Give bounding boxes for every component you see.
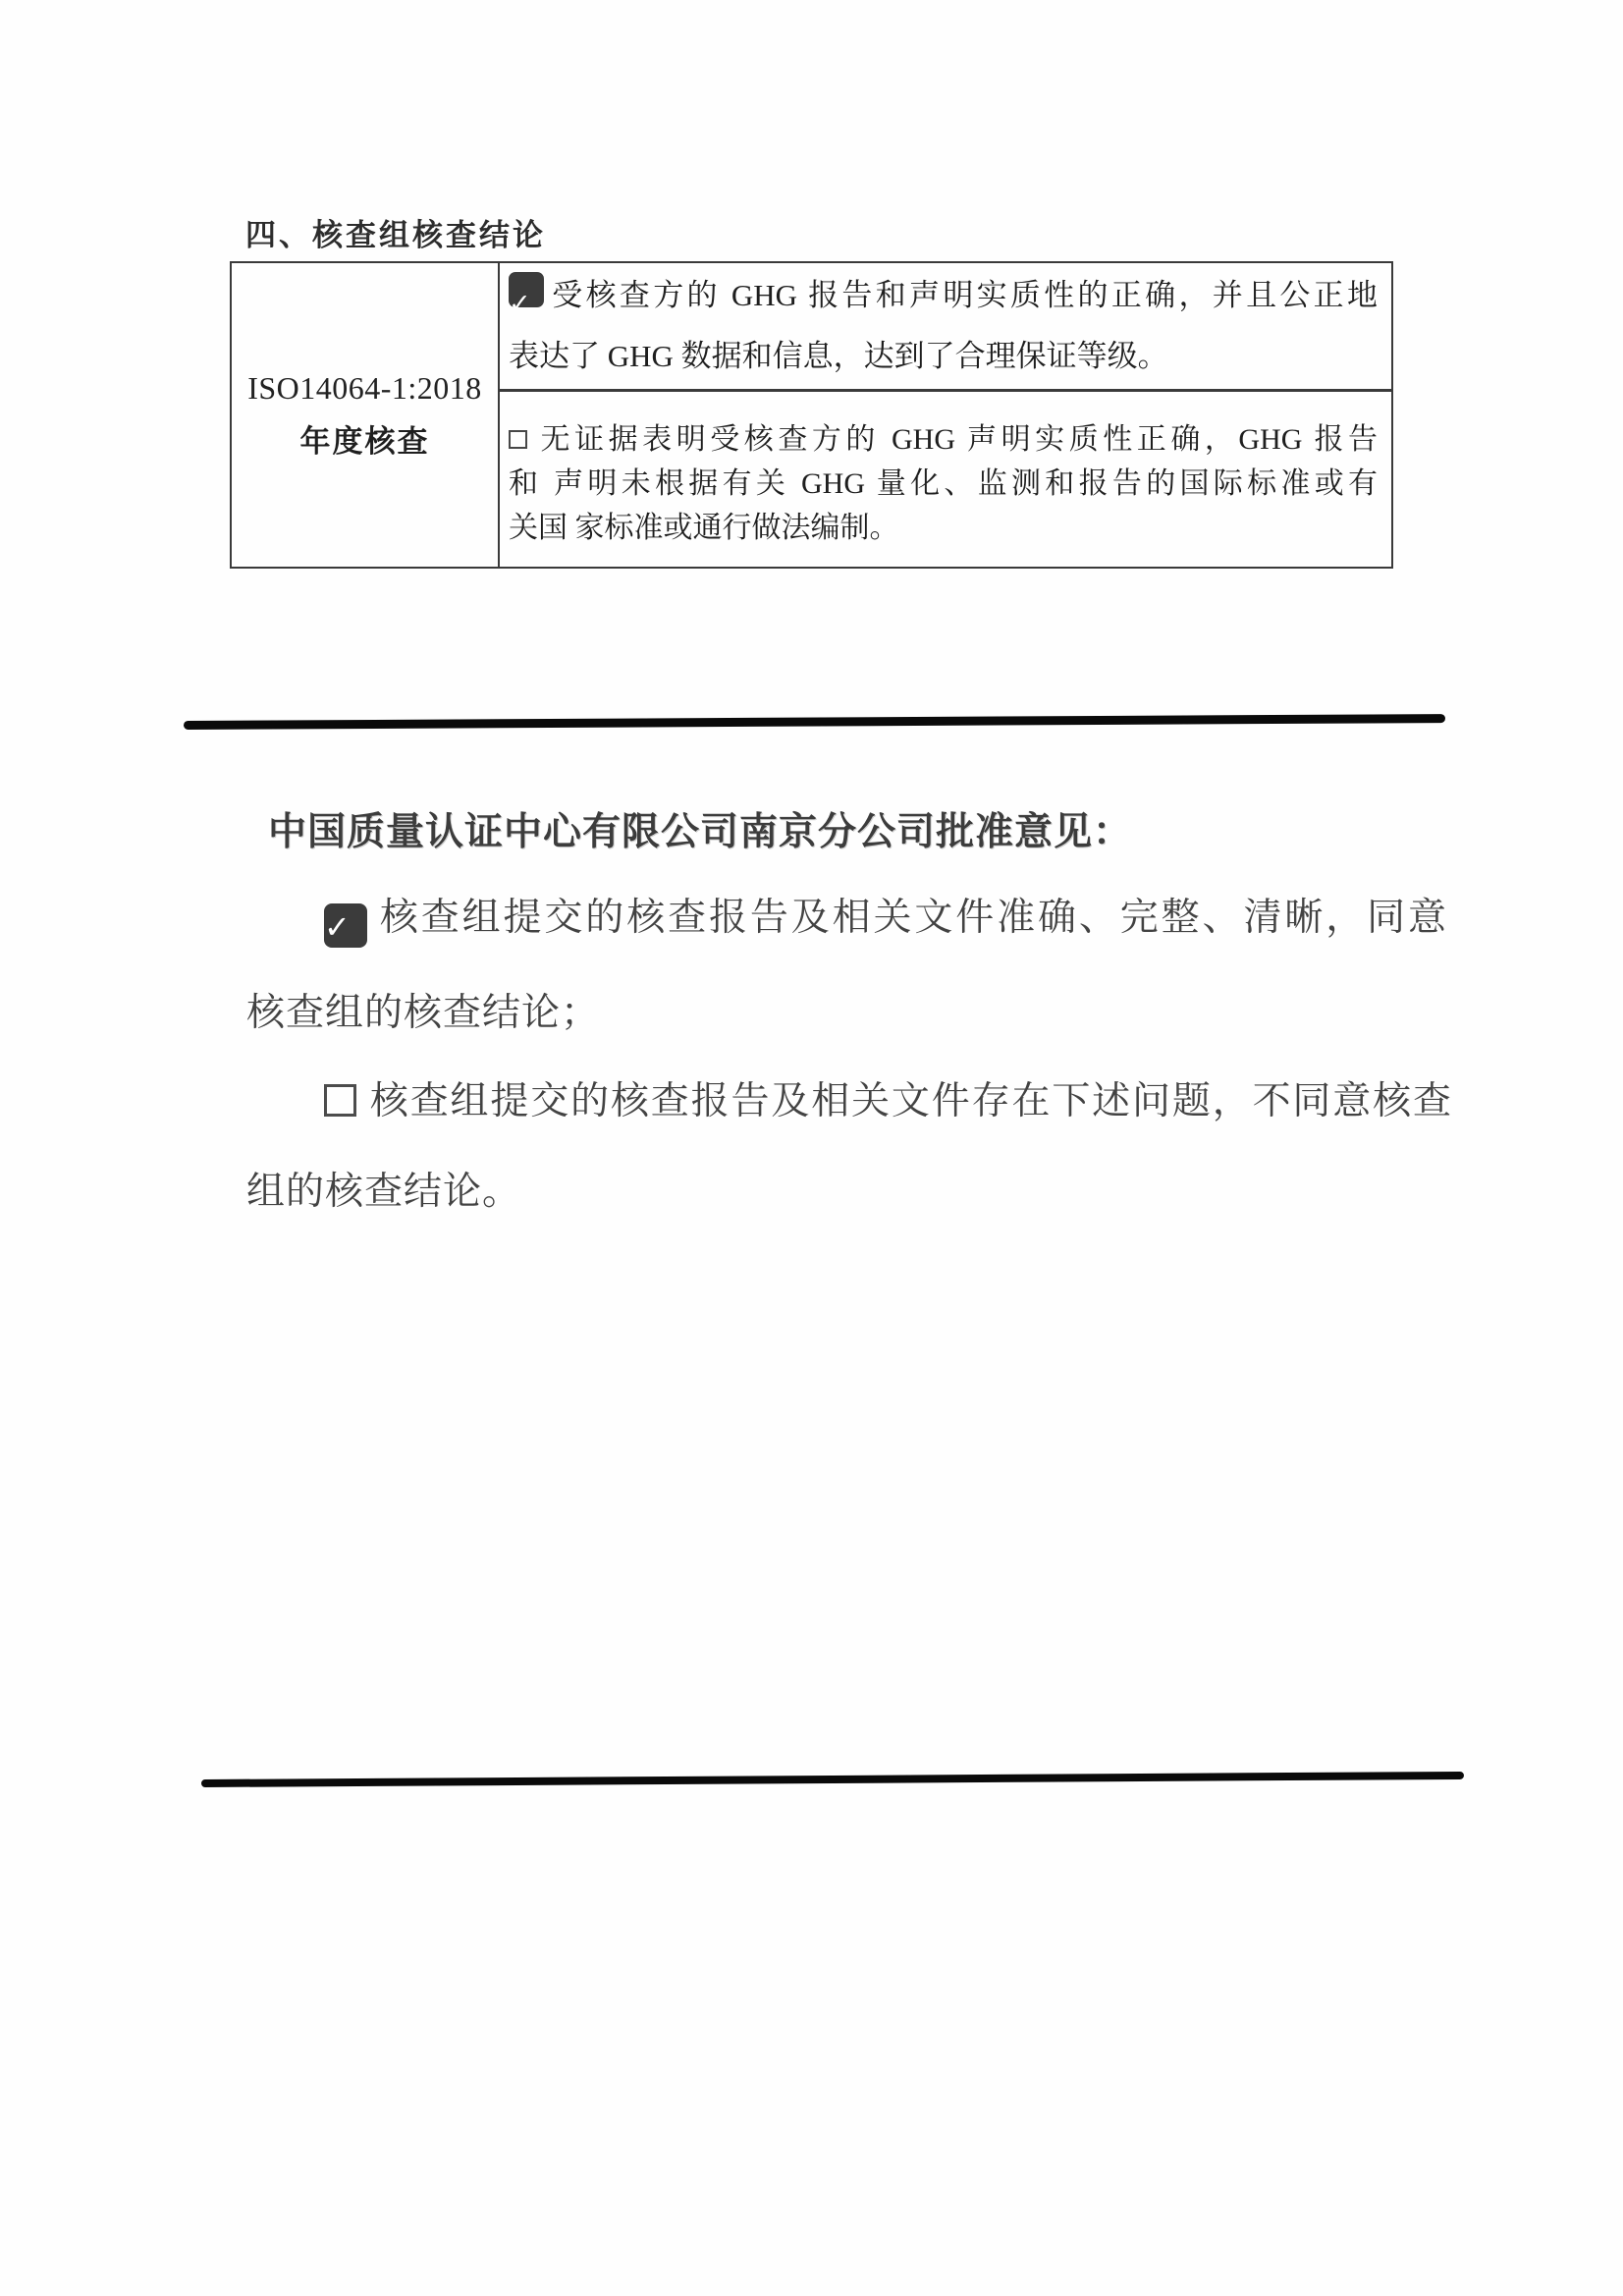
approval-disagree-text-1: 核查组提交的核查报告及相关文件存在下述问题，不同意核查 [368,1080,1451,1122]
checkbox-checked-icon: ✓ [324,903,367,948]
standard-header-cell: ISO14064-1:2018 年度核查 [231,262,499,568]
check-icon: ✓ [324,911,351,943]
divider-line-top [184,714,1445,730]
approval-agree-line1: ✓核查组提交的核查报告及相关文件准确、完整、清晰，同意 [324,887,1446,948]
table-row: ISO14064-1:2018 年度核查 ✓受核查方的 GHG 报告和声明实质性… [231,262,1392,390]
approval-agree-text-1: 核查组提交的核查报告及相关文件准确、完整、清晰，同意 [377,897,1446,939]
conclusion-negative-line3: 关国 家标准或通行做法编制。 [509,506,1378,550]
document-page: 四、核查组核查结论 ISO14064-1:2018 年度核查 ✓受核查方的 GH… [0,0,1623,2296]
standard-name: ISO14064-1:2018 [232,370,498,407]
approval-disagree-line1: 核查组提交的核查报告及相关文件存在下述问题，不同意核查 [324,1070,1451,1125]
conclusion-negative-cell: 无证据表明受核查方的 GHG 声明实质性正确，GHG 报告 和 声明未根据有关 … [499,390,1392,568]
conclusion-negative-line2: 和 声明未根据有关 GHG 量化、监测和报告的国际标准或有 [509,462,1378,506]
checkbox-unchecked-icon [324,1084,356,1117]
conclusion-positive-line1: ✓受核查方的 GHG 报告和声明实质性的正确，并且公正地 [509,265,1378,326]
conclusion-table: ISO14064-1:2018 年度核查 ✓受核查方的 GHG 报告和声明实质性… [230,261,1393,569]
audit-scope: 年度核查 [232,416,498,461]
section-title: 四、核查组核查结论 [245,210,546,254]
conclusion-negative-text-1: 无证据表明受核查方的 GHG 声明实质性正确，GHG 报告 [536,423,1378,456]
conclusion-positive-text-1: 受核查方的 GHG 报告和声明实质性的正确，并且公正地 [549,278,1378,312]
approval-agree-line2: 核查组的核查结论； [246,982,600,1037]
checkbox-checked-icon: ✓ [509,272,544,307]
conclusion-positive-line2: 表达了 GHG 数据和信息，达到了合理保证等级。 [509,326,1378,387]
checkbox-unchecked-icon [509,430,527,449]
divider-line-bottom [201,1772,1464,1787]
conclusion-positive-cell: ✓受核查方的 GHG 报告和声明实质性的正确，并且公正地 表达了 GHG 数据和… [499,262,1392,390]
approval-title: 中国质量认证中心有限公司南京分公司批准意见： [268,801,1132,856]
check-icon: ✓ [509,291,531,317]
conclusion-negative-line1: 无证据表明受核查方的 GHG 声明实质性正确，GHG 报告 [509,417,1378,462]
approval-disagree-line2: 组的核查结论。 [246,1161,521,1216]
